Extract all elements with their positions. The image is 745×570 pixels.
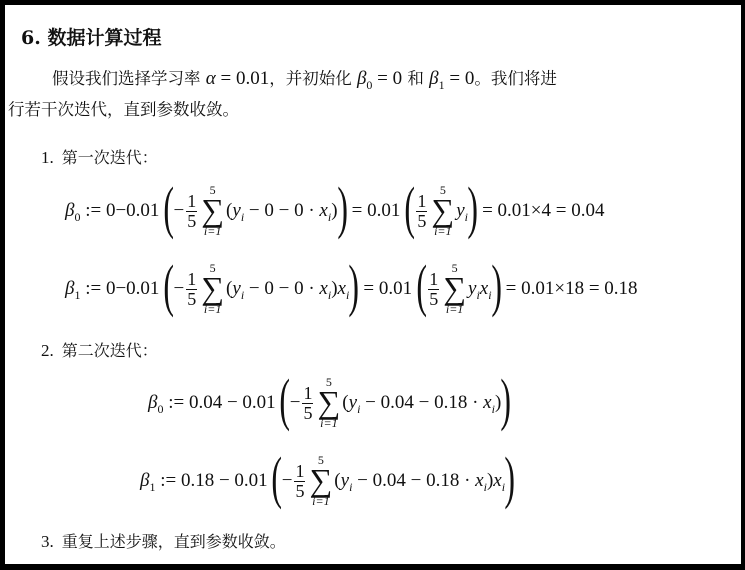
step-label: 第一次迭代： — [62, 148, 158, 167]
section-title: 数据计算过程 — [47, 27, 161, 49]
formula-iter1-beta0: β0 := 0−0.01 ( − 15 5∑i=1 (yi − 0 − 0 · … — [65, 182, 604, 240]
intro-line-2: 行若干次迭代，直到参数收敛。 — [8, 94, 239, 125]
step-label: 第二次迭代： — [62, 341, 158, 360]
formula-iter1-beta1: β1 := 0−0.01 ( − 15 5∑i=1 (yi − 0 − 0 · … — [65, 260, 638, 318]
intro-text: 假设我们选择学习率 — [52, 69, 201, 88]
formula-iter2-beta0: β0 := 0.04 − 0.01 ( − 15 5∑i=1 (yi − 0.0… — [148, 374, 511, 432]
section-number: 6. — [21, 27, 41, 49]
intro-text: 。我们将进 — [474, 69, 557, 88]
step-label: 重复上述步骤，直到参数收敛。 — [62, 532, 286, 551]
step-2-heading: 2.第二次迭代： — [41, 338, 158, 361]
step-3-heading: 3.重复上述步骤，直到参数收敛。 — [41, 529, 286, 552]
step-1-heading: 1.第一次迭代： — [41, 145, 158, 168]
document-page: 6. 数据计算过程 假设我们选择学习率 α = 0.01，并初始化 β0 = 0… — [5, 5, 741, 564]
section-heading: 6. 数据计算过程 — [21, 23, 161, 50]
intro-text: ，并初始化 — [269, 69, 352, 88]
list-number: 1. — [41, 148, 54, 167]
list-number: 3. — [41, 532, 54, 551]
list-number: 2. — [41, 341, 54, 360]
formula-iter2-beta1: β1 := 0.18 − 0.01 ( − 15 5∑i=1 (yi − 0.0… — [140, 452, 514, 510]
intro-line-1: 假设我们选择学习率 α = 0.01，并初始化 β0 = 0 和 β1 = 0。… — [52, 63, 557, 96]
intro-text: 和 — [407, 69, 424, 88]
